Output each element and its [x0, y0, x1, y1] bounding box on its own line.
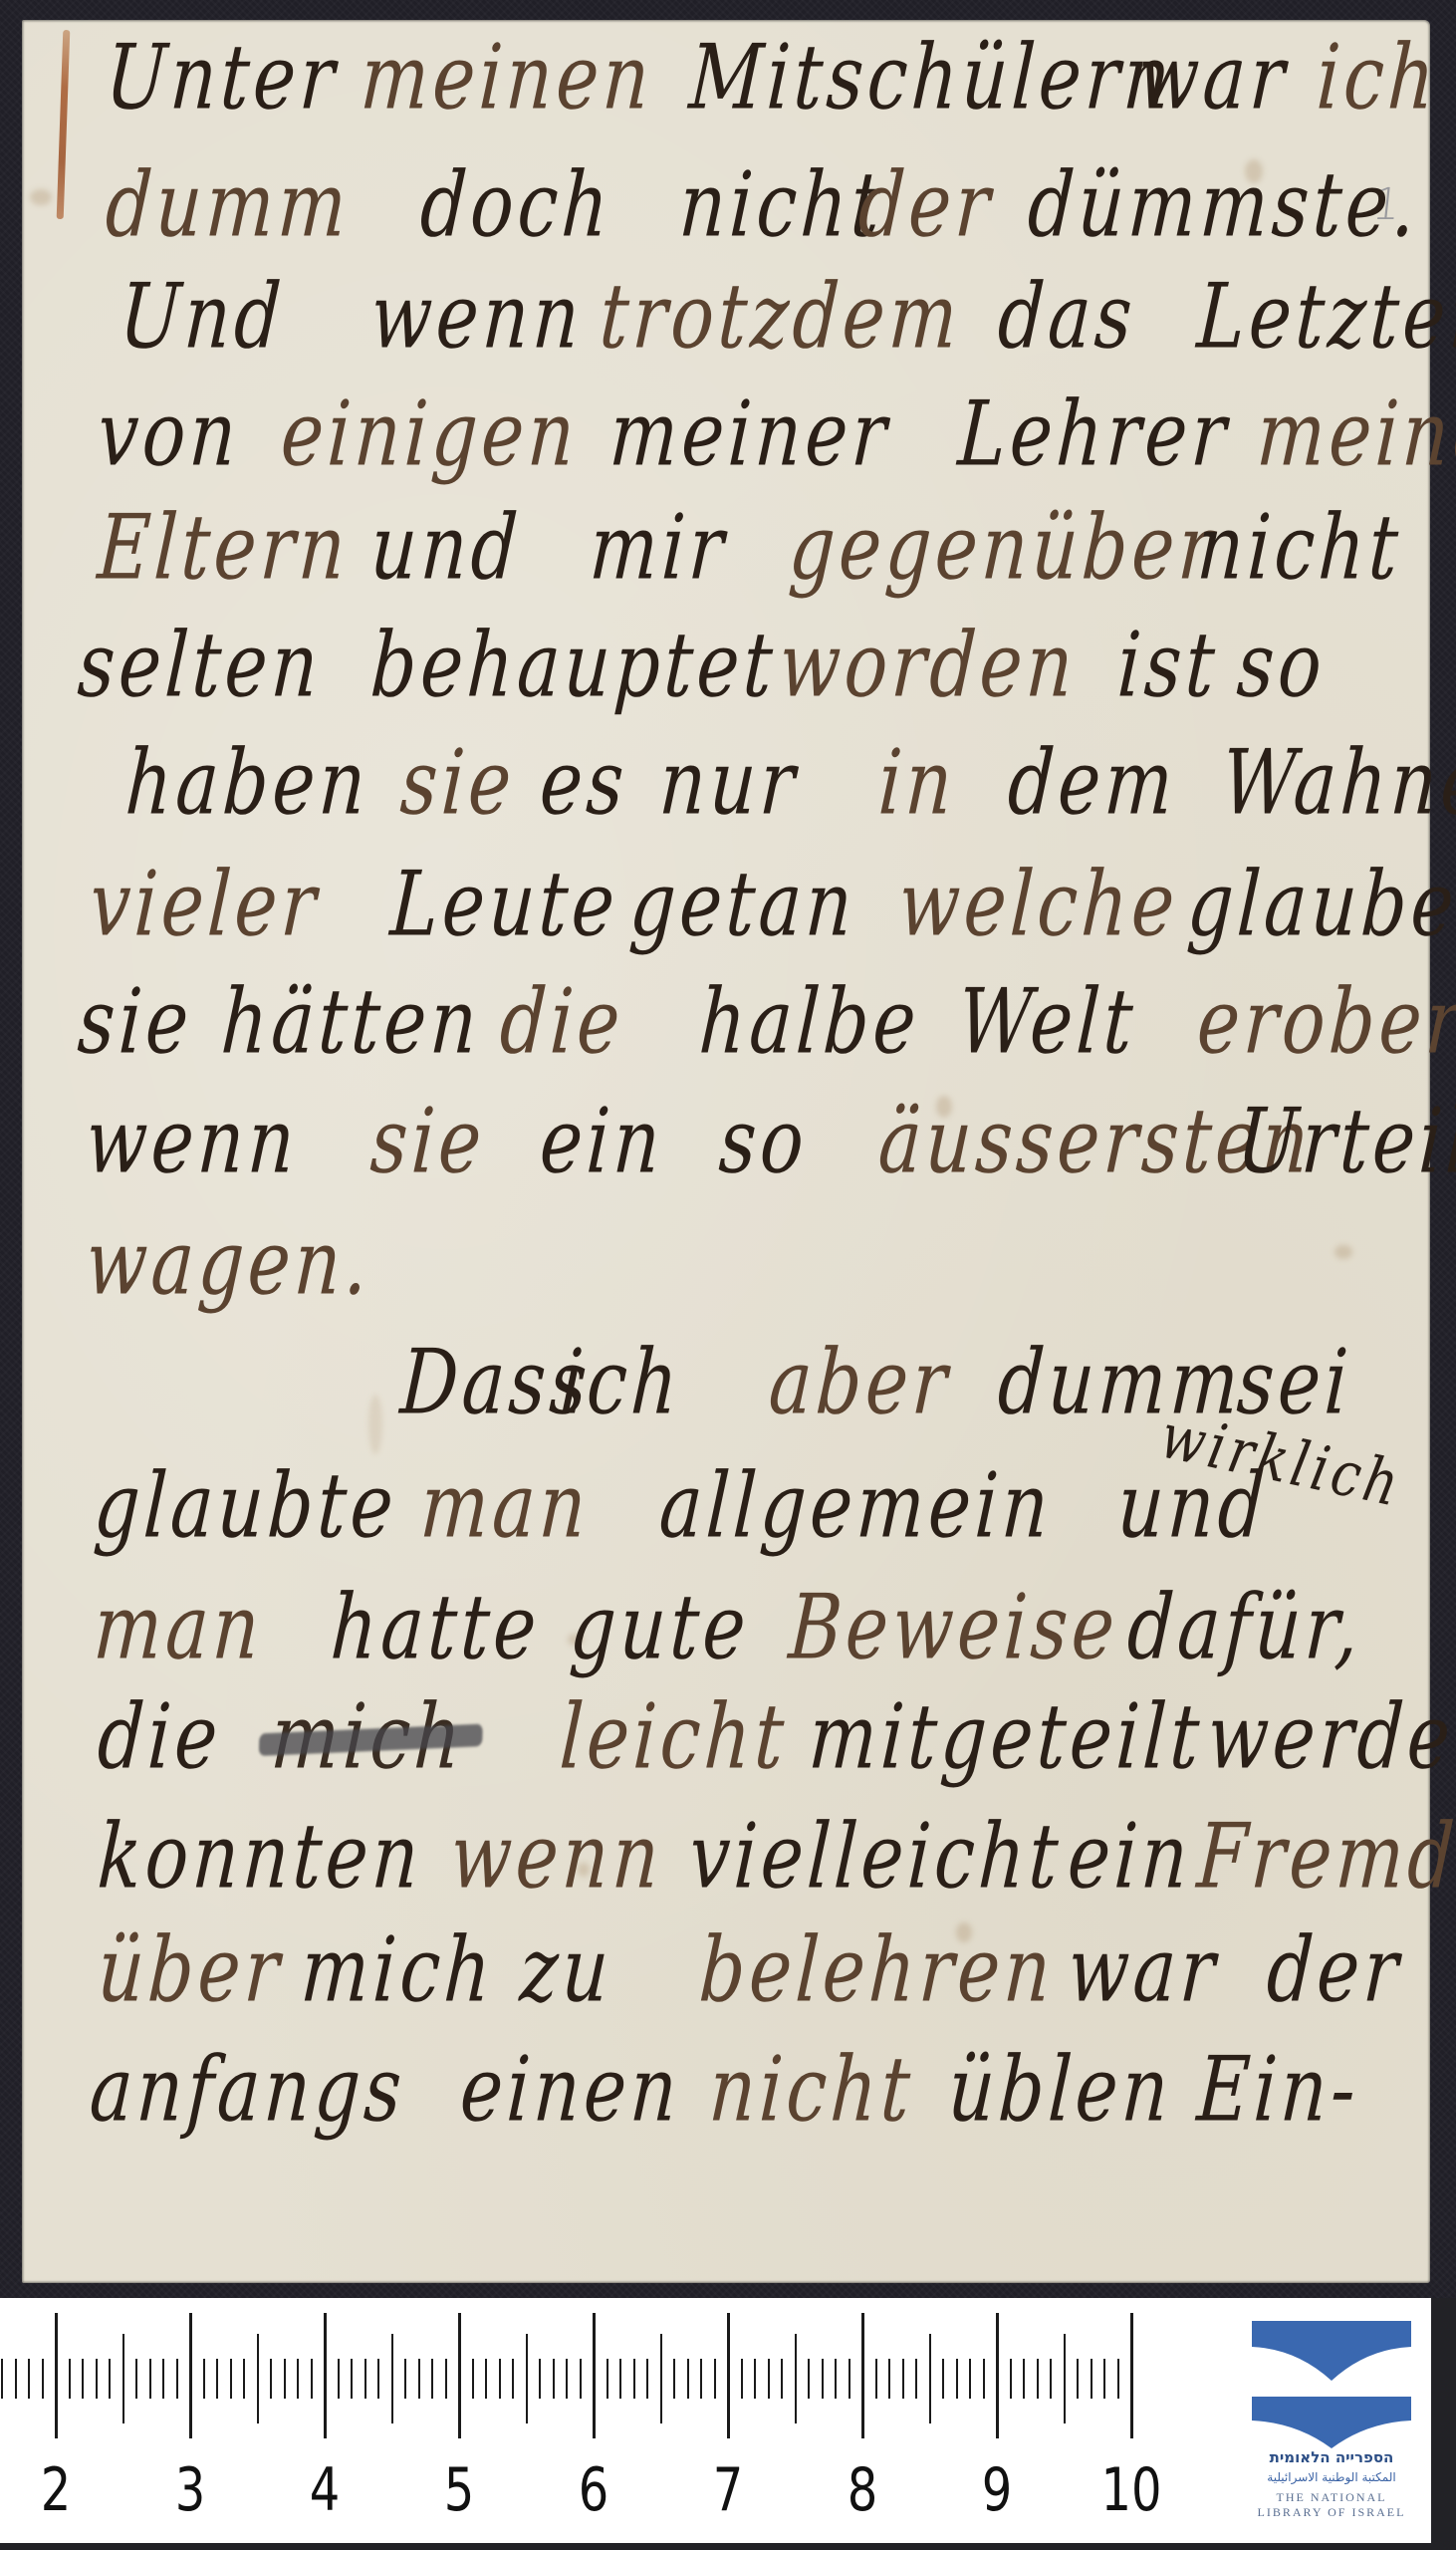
word: man	[418, 1460, 593, 1550]
word: man	[92, 1582, 266, 1671]
word: Welt	[956, 976, 1139, 1066]
ruler-minor-tick	[351, 2359, 353, 2399]
word: erobert	[1195, 976, 1456, 1066]
ruler-minor-tick	[82, 2359, 84, 2399]
word: meiner	[607, 388, 892, 478]
ruler-label: 8	[848, 2455, 878, 2525]
word: in	[876, 737, 958, 827]
word: allgemein	[657, 1460, 1055, 1550]
ruler-minor-tick	[338, 2359, 340, 2399]
logo-hebrew-text: הספרייה הלאומית	[1247, 2448, 1416, 2466]
ruler-minor-tick	[902, 2359, 904, 2399]
word: von	[96, 388, 242, 478]
word: aber	[767, 1337, 953, 1426]
frame-edge	[1431, 2298, 1456, 2550]
word: behauptet	[368, 620, 779, 709]
word: sei	[1235, 1337, 1354, 1426]
word: sie	[398, 737, 518, 827]
word: ist	[1115, 620, 1221, 709]
ruler-minor-tick	[42, 2359, 44, 2399]
ruler-label: 6	[579, 2455, 609, 2525]
ruler-minor-tick	[472, 2359, 474, 2399]
ruler-minor-tick	[915, 2359, 917, 2399]
word: glauben	[1185, 859, 1456, 948]
word: sie	[76, 976, 195, 1066]
word: haben	[123, 737, 371, 827]
ruler-minor-tick	[297, 2359, 299, 2399]
word: Fremder	[1195, 1811, 1456, 1901]
word: konnten	[96, 1811, 425, 1901]
ruler-minor-tick	[1077, 2359, 1079, 2399]
word: leicht	[558, 1691, 790, 1781]
word: nur	[657, 737, 801, 827]
struck-word: mich	[269, 1691, 467, 1781]
word: ich	[1315, 32, 1441, 122]
word: Eltern	[96, 502, 352, 592]
word: gute	[568, 1582, 752, 1671]
ruler-minor-tick	[1023, 2359, 1025, 2399]
ruler-label: 5	[444, 2455, 475, 2525]
ruler-major-tick	[1130, 2313, 1133, 2438]
word: Leute	[388, 859, 620, 948]
ruler-minor-tick	[122, 2334, 124, 2423]
national-library-logo: הספרייה הלאומית المكتبة الوطنية الاسرائي…	[1247, 2311, 1416, 2530]
logo-english-line1: THE NATIONAL	[1247, 2490, 1416, 2505]
ruler-minor-tick	[929, 2334, 931, 2423]
ruler-minor-tick	[875, 2359, 877, 2399]
word: meinen	[1255, 388, 1456, 478]
word: halbe	[697, 976, 922, 1066]
ruler-minor-tick	[741, 2359, 743, 2399]
ruler-minor-tick	[176, 2359, 178, 2399]
word: mich	[299, 1924, 497, 2014]
word: war	[1135, 32, 1291, 122]
ruler-minor-tick	[15, 2359, 17, 2399]
ruler-minor-tick	[149, 2359, 151, 2399]
ruler-minor-tick	[835, 2359, 837, 2399]
ruler-minor-tick	[1117, 2359, 1119, 2399]
word: Und	[118, 271, 287, 361]
ruler-minor-tick	[243, 2359, 245, 2399]
word: ein	[538, 1096, 666, 1185]
word: Urteil	[1235, 1096, 1456, 1185]
word: wenn	[84, 1096, 301, 1185]
ruler-minor-tick	[28, 2359, 30, 2399]
ruler-minor-tick	[660, 2334, 662, 2423]
word: sie	[368, 1096, 488, 1185]
ruler-major-tick	[996, 2313, 999, 2438]
word: hatte	[329, 1582, 543, 1671]
ruler-minor-tick	[956, 2359, 958, 2399]
word: das	[996, 271, 1138, 361]
word: wenn	[448, 1811, 665, 1901]
ruler-minor-tick	[539, 2359, 541, 2399]
ruler-minor-tick	[69, 2359, 71, 2399]
word: einigen	[279, 388, 581, 478]
word: anfangs	[88, 2044, 407, 2134]
word: die	[96, 1691, 224, 1781]
ruler-label: 7	[713, 2455, 744, 2525]
word: Wahne	[1220, 737, 1456, 827]
ruler-label: 10	[1100, 2455, 1161, 2525]
word: Unter	[104, 32, 341, 122]
logo-arabic-text: المكتبة الوطنية الاسرائيلية	[1247, 2470, 1416, 2484]
ruler-minor-tick	[391, 2334, 393, 2423]
word: selten	[76, 620, 325, 709]
word: Letztere	[1195, 271, 1456, 361]
word: dafür,	[1125, 1582, 1364, 1671]
word: mir	[588, 502, 730, 592]
ruler-minor-tick	[942, 2359, 944, 2399]
word: glaubte	[92, 1460, 399, 1550]
word: Beweise	[787, 1582, 1120, 1671]
ruler-major-tick	[727, 2313, 730, 2438]
word: so	[1235, 620, 1328, 709]
ruler-minor-tick	[607, 2359, 608, 2399]
ruler-minor-tick	[983, 2359, 985, 2399]
logo-english-line2: LIBRARY OF ISRAEL	[1247, 2505, 1416, 2520]
word: ein	[1066, 1811, 1194, 1901]
ruler-minor-tick	[364, 2359, 366, 2399]
word: nicht	[707, 2044, 916, 2134]
ruler-minor-tick	[849, 2359, 850, 2399]
ruler-minor-tick	[431, 2359, 433, 2399]
ruler-label: 9	[982, 2455, 1013, 2525]
ruler-minor-tick	[969, 2359, 971, 2399]
ruler-label: 4	[310, 2455, 341, 2525]
word: belehren	[697, 1924, 1057, 2014]
ruler-minor-tick	[512, 2359, 514, 2399]
ruler-minor-tick	[1010, 2359, 1012, 2399]
word: üblen	[946, 2044, 1175, 2134]
ruler-minor-tick	[795, 2334, 797, 2423]
ruler-minor-tick	[566, 2359, 568, 2399]
word: über	[96, 1924, 286, 2014]
ruler-minor-tick	[284, 2359, 286, 2399]
ruler-minor-tick	[1050, 2359, 1052, 2399]
ruler-minor-tick	[781, 2359, 783, 2399]
word: einen	[458, 2044, 683, 2134]
word: gegenüber	[787, 502, 1219, 592]
word: getan	[627, 859, 858, 948]
ruler-minor-tick	[135, 2359, 137, 2399]
ruler-minor-tick	[445, 2359, 447, 2399]
word: der	[856, 159, 996, 249]
ruler-minor-tick	[633, 2359, 635, 2399]
ruler-minor-tick	[485, 2359, 487, 2399]
word: nicht	[677, 159, 886, 249]
ruler-minor-tick	[203, 2359, 205, 2399]
ruler-minor-tick	[162, 2359, 164, 2399]
ruler-major-tick	[55, 2313, 58, 2438]
word: Ein-	[1195, 2044, 1361, 2134]
ruler-label: 2	[41, 2455, 72, 2525]
word: worden	[777, 620, 1080, 709]
ruler-major-tick	[593, 2313, 596, 2438]
ruler-minor-tick	[1091, 2359, 1092, 2399]
ruler-minor-tick	[1037, 2359, 1039, 2399]
ruler-minor-tick	[377, 2359, 379, 2399]
word: mitgeteilt	[807, 1691, 1206, 1781]
ruler-minor-tick	[1064, 2334, 1066, 2423]
word: wagen.	[84, 1217, 374, 1307]
word: werden	[1205, 1691, 1456, 1781]
word: die	[498, 976, 626, 1066]
ruler-minor-tick	[257, 2334, 259, 2423]
word: welche	[896, 859, 1181, 948]
ruler-minor-tick	[311, 2359, 313, 2399]
ruler-minor-tick	[687, 2359, 689, 2399]
logo-english-text: THE NATIONAL LIBRARY OF ISRAEL	[1247, 2490, 1416, 2520]
word: und	[368, 502, 524, 592]
ruler-minor-tick	[714, 2359, 716, 2399]
ruler-label: 3	[175, 2455, 206, 2525]
word: zu	[518, 1924, 614, 2014]
word: wenn	[368, 271, 586, 361]
word: vieler	[88, 859, 322, 948]
word: hätten	[219, 976, 483, 1066]
ruler-minor-tick	[553, 2359, 555, 2399]
word: war	[1066, 1924, 1221, 2014]
ruler-minor-tick	[768, 2359, 770, 2399]
word: nicht	[1195, 502, 1404, 592]
word: doch	[418, 159, 614, 249]
ruler-minor-tick	[404, 2359, 406, 2399]
word: dümmste.	[1026, 159, 1421, 249]
word: dem	[1006, 737, 1179, 827]
ruler-minor-tick	[270, 2359, 272, 2399]
book-wings-icon	[1247, 2311, 1416, 2450]
ruler-minor-tick	[1, 2359, 3, 2399]
ruler-minor-tick	[109, 2359, 111, 2399]
ruler-major-tick	[324, 2313, 327, 2438]
ruler-minor-tick	[418, 2359, 420, 2399]
word: meinen	[359, 32, 655, 122]
ruler-minor-tick	[580, 2359, 582, 2399]
ruler-minor-tick	[216, 2359, 218, 2399]
word: trotzdem	[598, 271, 964, 361]
word: so	[717, 1096, 810, 1185]
word: es	[538, 737, 630, 827]
ruler-minor-tick	[700, 2359, 702, 2399]
word: Lehrer	[956, 388, 1232, 478]
ruler-minor-tick	[673, 2359, 675, 2399]
ruler-minor-tick	[619, 2359, 621, 2399]
ruler-minor-tick	[808, 2359, 810, 2399]
manuscript-line: anfangseinennichtüblenEin-	[0, 2062, 1456, 2181]
ruler-minor-tick	[230, 2359, 232, 2399]
ruler-major-tick	[189, 2313, 192, 2438]
word: ich	[558, 1337, 684, 1426]
ruler-major-tick	[458, 2313, 461, 2438]
ruler-minor-tick	[1103, 2359, 1105, 2399]
frame-edge	[0, 2543, 1456, 2550]
word: dumm	[104, 159, 353, 249]
word: vielleicht	[687, 1811, 1065, 1901]
word: der	[1265, 1924, 1404, 2014]
ruler-minor-tick	[888, 2359, 890, 2399]
word: Mitschülern	[687, 32, 1176, 122]
ruler-minor-tick	[96, 2359, 98, 2399]
ruler-minor-tick	[499, 2359, 501, 2399]
ruler-minor-tick	[822, 2359, 824, 2399]
ruler-minor-tick	[754, 2359, 756, 2399]
ruler-minor-tick	[646, 2359, 648, 2399]
ruler-minor-tick	[526, 2334, 528, 2423]
ruler-major-tick	[861, 2313, 864, 2438]
